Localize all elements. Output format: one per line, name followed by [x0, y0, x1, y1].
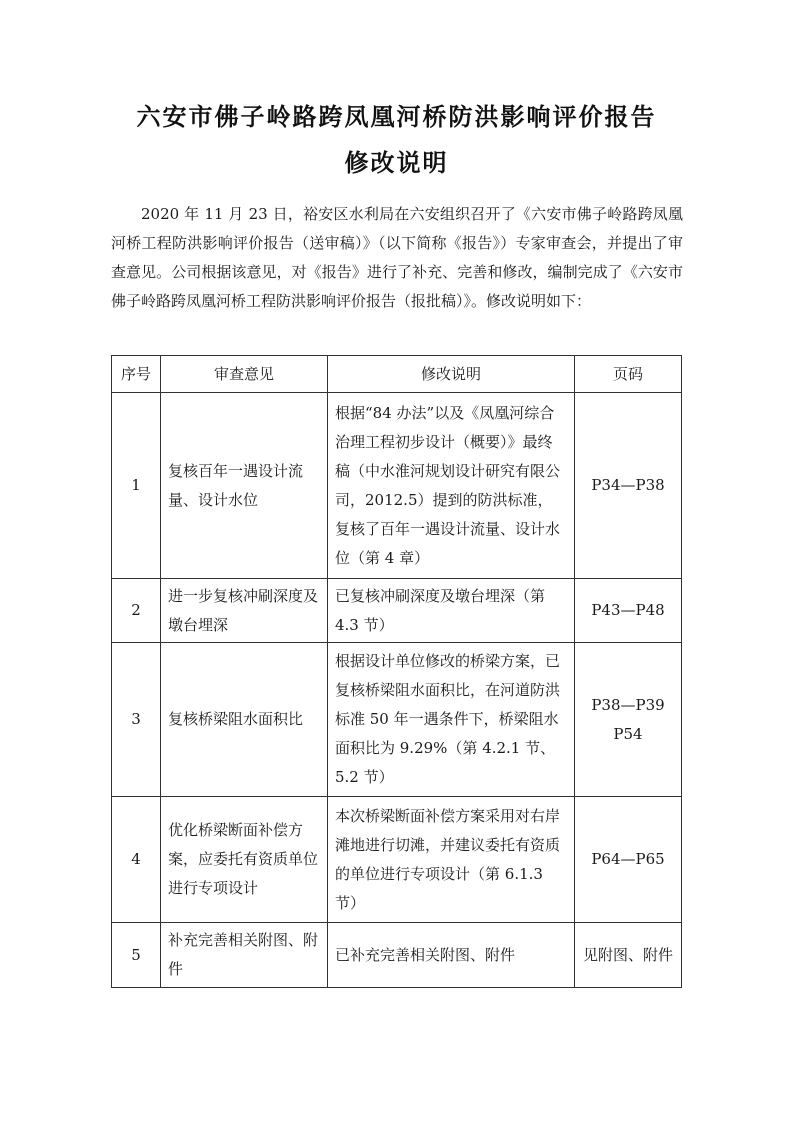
intro-paragraph: 2020 年 11 月 23 日，裕安区水利局在六安组织召开了《六安市佛子岭路跨… [111, 200, 683, 316]
table-row: 4 优化桥梁断面补偿方案，应委托有资质单位进行专项设计 本次桥梁断面补偿方案采用… [112, 797, 682, 923]
table-row: 2 进一步复核冲刷深度及墩台埋深 已复核冲刷深度及墩台埋深（第 4.3 节） P… [112, 579, 682, 643]
header-opinion: 审查意见 [161, 356, 328, 393]
row-description: 已复核冲刷深度及墩台埋深（第 4.3 节） [328, 579, 575, 643]
row-no: 2 [112, 579, 161, 643]
row-no: 1 [112, 393, 161, 579]
header-no: 序号 [112, 356, 161, 393]
row-description: 根据“84 办法”以及《凤凰河综合治理工程初步设计（概要）》最终稿（中水淮河规划… [328, 393, 575, 579]
row-no: 4 [112, 797, 161, 923]
row-description: 本次桥梁断面补偿方案采用对右岸滩地进行切滩，并建议委托有资质的单位进行专项设计（… [328, 797, 575, 923]
row-pages: 见附图、附件 [575, 923, 682, 988]
row-opinion: 补充完善相关附图、附件 [161, 923, 328, 988]
revision-table: 序号 审查意见 修改说明 页码 1 复核百年一遇设计流量、设计水位 根据“84 … [111, 355, 682, 988]
table-row: 3 复核桥梁阻水面积比 根据设计单位修改的桥梁方案，已复核桥梁阻水面积比，在河道… [112, 643, 682, 797]
row-opinion: 复核桥梁阻水面积比 [161, 643, 328, 797]
row-pages: P38—P39 P54 [575, 643, 682, 797]
header-pages: 页码 [575, 356, 682, 393]
row-description: 根据设计单位修改的桥梁方案，已复核桥梁阻水面积比，在河道防洪标准 50 年一遇条… [328, 643, 575, 797]
table-row: 1 复核百年一遇设计流量、设计水位 根据“84 办法”以及《凤凰河综合治理工程初… [112, 393, 682, 579]
table-header-row: 序号 审查意见 修改说明 页码 [112, 356, 682, 393]
row-pages: P34—P38 [575, 393, 682, 579]
header-description: 修改说明 [328, 356, 575, 393]
intro-paragraph-text: 2020 年 11 月 23 日，裕安区水利局在六安组织召开了《六安市佛子岭路跨… [111, 205, 683, 310]
document-subtitle: 修改说明 [0, 143, 793, 178]
row-pages-line1: P38—P39 [582, 691, 674, 720]
document-title: 六安市佛子岭路跨凤凰河桥防洪影响评价报告 [0, 97, 793, 132]
row-pages: P64—P65 [575, 797, 682, 923]
table-row: 5 补充完善相关附图、附件 已补充完善相关附图、附件 见附图、附件 [112, 923, 682, 988]
row-pages: P43—P48 [575, 579, 682, 643]
row-opinion: 进一步复核冲刷深度及墩台埋深 [161, 579, 328, 643]
row-description: 已补充完善相关附图、附件 [328, 923, 575, 988]
row-opinion: 优化桥梁断面补偿方案，应委托有资质单位进行专项设计 [161, 797, 328, 923]
row-pages-line2: P54 [582, 720, 674, 749]
row-no: 5 [112, 923, 161, 988]
row-no: 3 [112, 643, 161, 797]
row-opinion: 复核百年一遇设计流量、设计水位 [161, 393, 328, 579]
